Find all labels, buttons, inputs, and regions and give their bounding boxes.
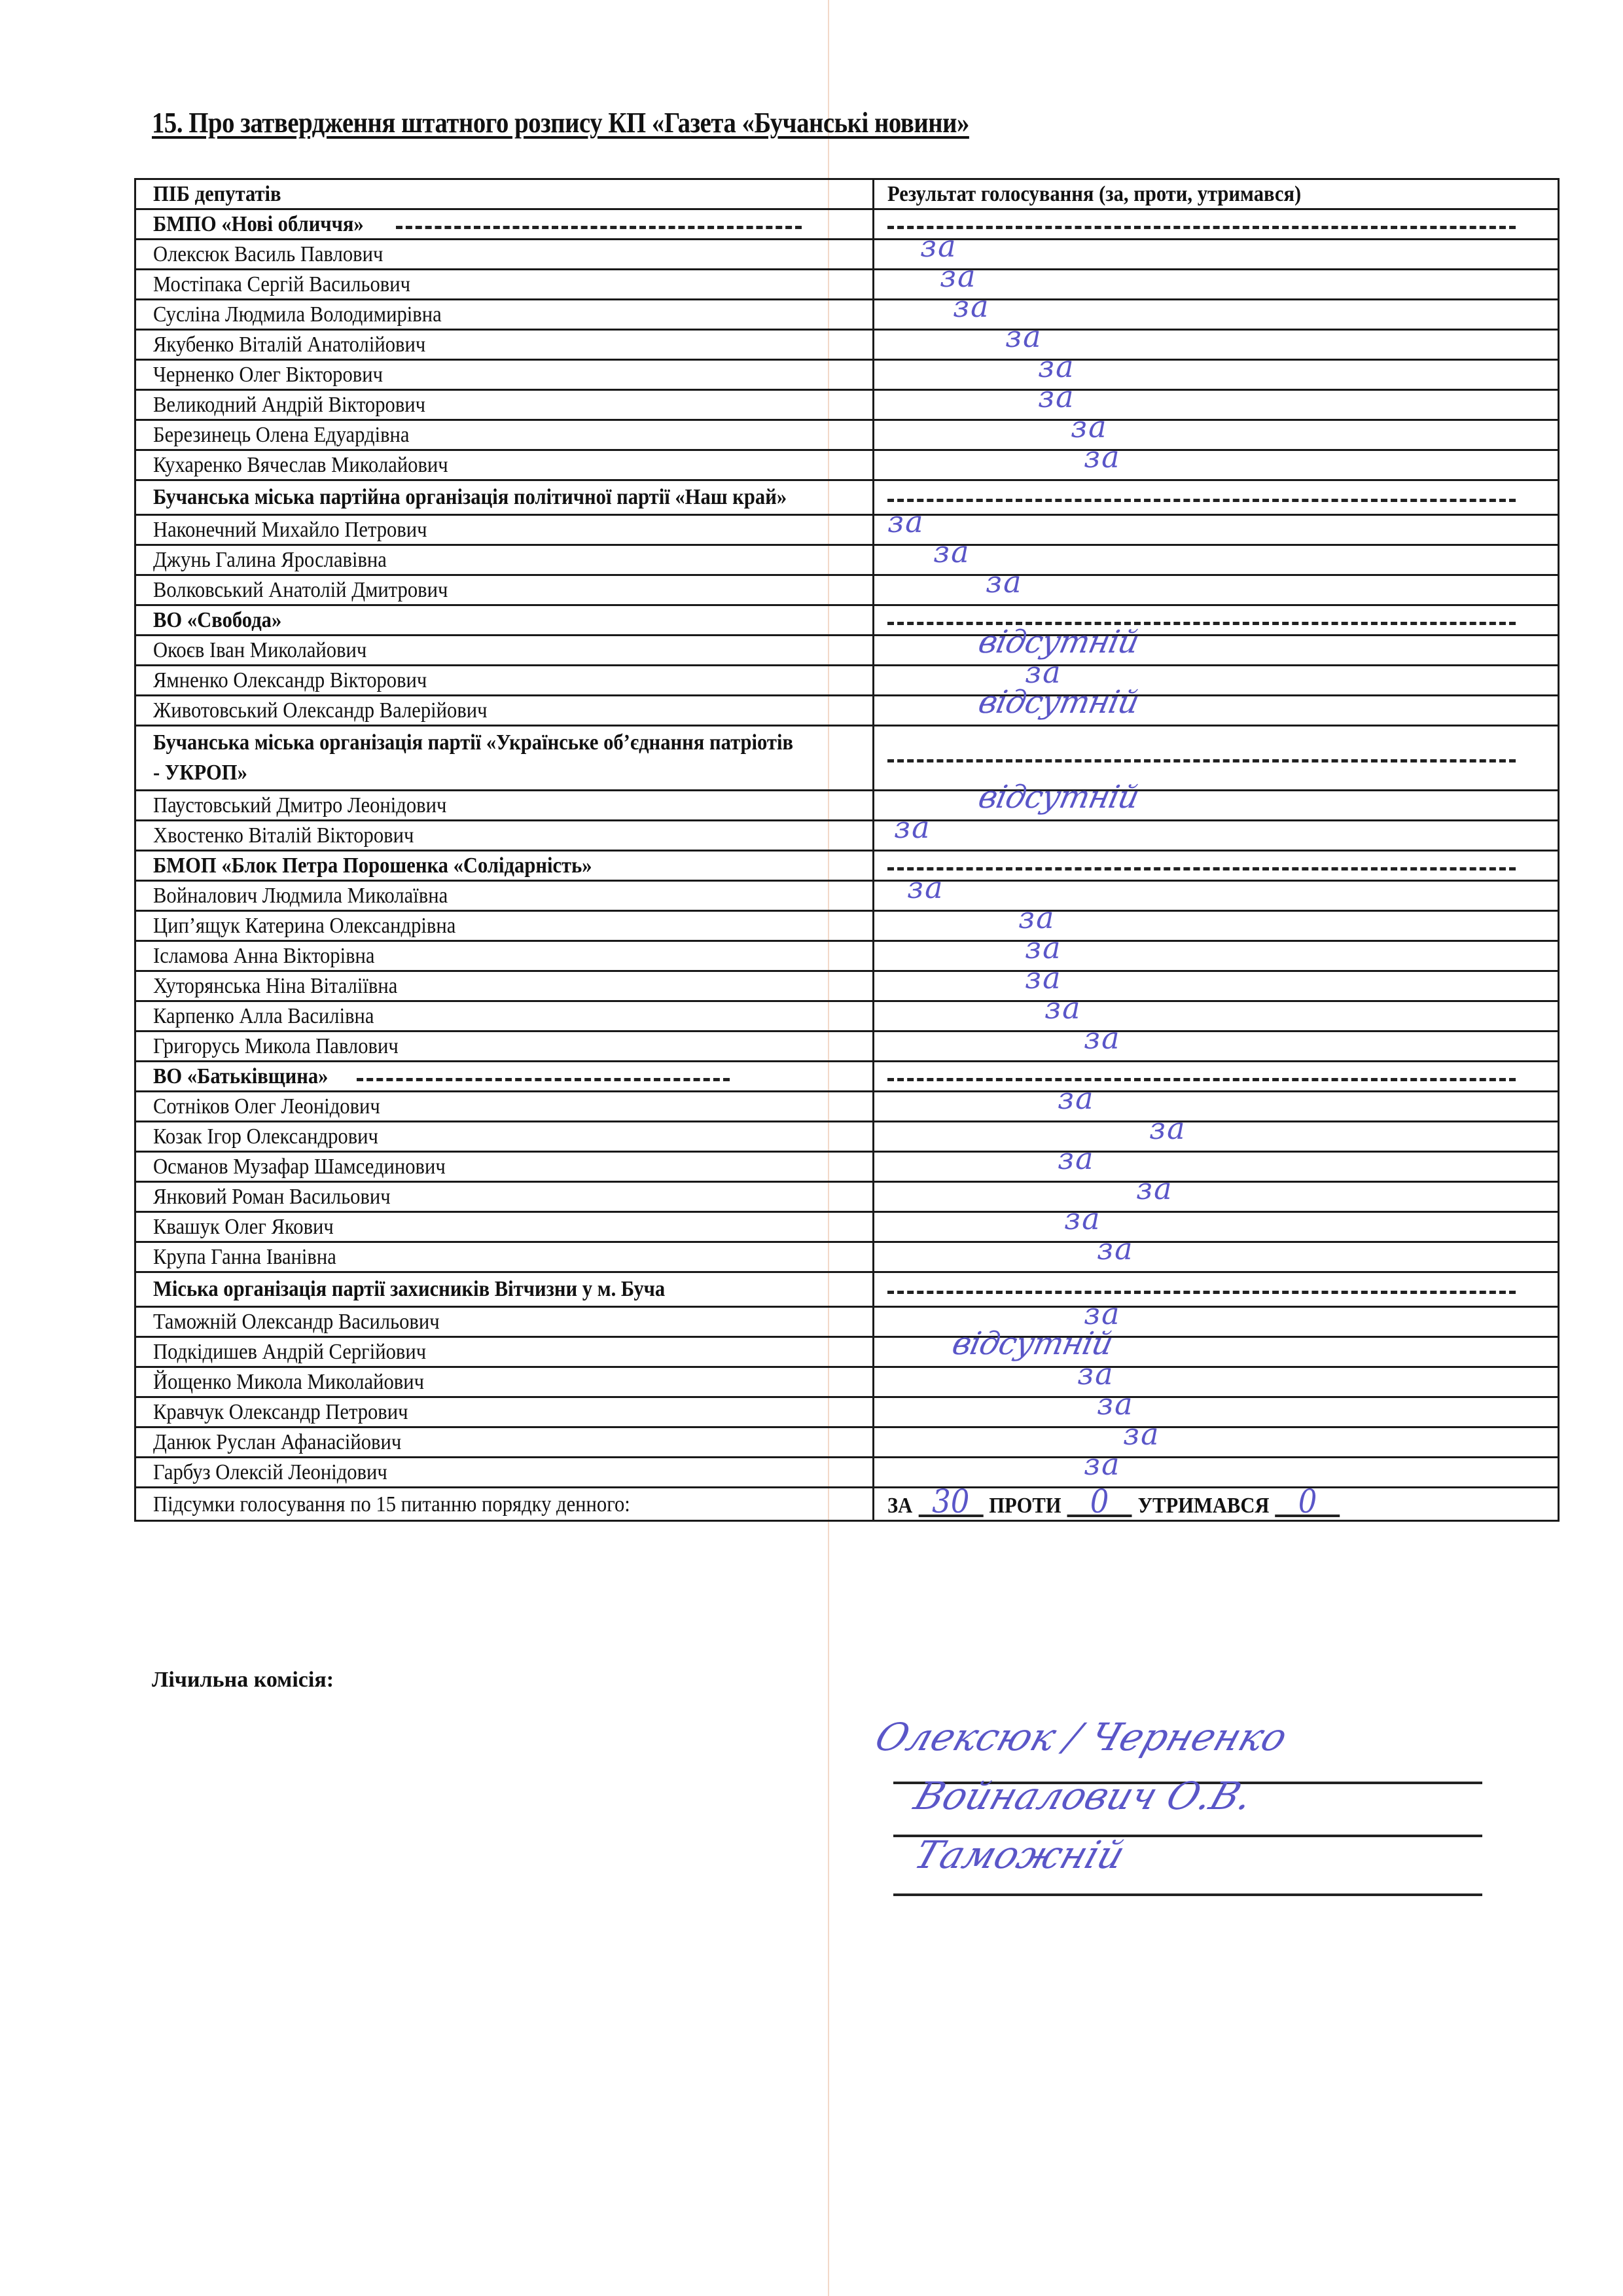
signature-1: Олексюк / Черненко (870, 1715, 1293, 1759)
deputy-row: Сотніков Олег Леонідовичза (135, 1092, 1559, 1122)
deputy-row: Паустовський Дмитро Леонідовичвідсутній (135, 791, 1559, 821)
handwritten-vote: за (1149, 1115, 1186, 1143)
deputy-row: Гарбуз Олексій Леонідовичза (135, 1458, 1559, 1488)
signature-2: Войналович О.В. (909, 1774, 1258, 1818)
header-vote: Результат голосування (за, проти, утрима… (874, 179, 1559, 209)
handwritten-vote: за (1058, 1145, 1095, 1173)
handwritten-vote: за (1084, 1300, 1121, 1328)
deputy-vote-cell: за (874, 575, 1559, 605)
party-name: БМОП «Блок Петра Порошенка «Солідарність… (135, 851, 874, 881)
deputy-row: Данюк Руслан Афанасійовичза (135, 1427, 1559, 1458)
deputy-row: Якубенко Віталій Анатолійовичза (135, 330, 1559, 360)
page-title: 15. Про затвердження штатного розпису КП… (152, 106, 969, 139)
handwritten-vote: за (933, 538, 971, 566)
deputy-name: Козак Ігор Олександрович (135, 1122, 874, 1152)
deputy-name: Ямненко Олександр Вікторович (135, 666, 874, 696)
deputy-row: Окоєв Іван Миколайовичвідсутній (135, 636, 1559, 666)
handwritten-vote: за (1136, 1175, 1173, 1203)
deputy-row: Олексюк Василь Павловичза (135, 240, 1559, 270)
deputy-row: Карпенко Алла Василівназа (135, 1001, 1559, 1031)
handwritten-vote: за (1018, 904, 1056, 932)
deputy-row: Подкідишев Андрій Сергійовичвідсутній (135, 1337, 1559, 1367)
deputy-row: Войналович Людмила Миколаївназа (135, 881, 1559, 911)
handwritten-vote: за (1077, 1360, 1115, 1388)
handwritten-vote: за (1058, 1085, 1095, 1113)
deputy-row: Таможній Олександр Васильовичза (135, 1307, 1559, 1337)
deputy-name: Животовський Олександр Валерійович (135, 696, 874, 726)
deputy-row: Джунь Галина Ярославівназа (135, 545, 1559, 575)
deputy-vote-cell: за (874, 971, 1559, 1001)
deputy-vote-cell: за (874, 1367, 1559, 1397)
deputy-row: Кухаренко Вячеслав Миколайовичза (135, 450, 1559, 480)
party-vote-filler (874, 605, 1559, 636)
deputy-name: Мостіпака Сергій Васильович (135, 270, 874, 300)
party-row: БМПО «Нові обличчя» (135, 209, 1559, 240)
deputy-vote-cell: за (874, 941, 1559, 971)
party-name: ВО «Свобода» (135, 605, 874, 636)
deputy-row: Волковський Анатолій Дмитровичза (135, 575, 1559, 605)
deputy-name: Ісламова Анна Вікторівна (135, 941, 874, 971)
deputy-vote-cell: за (874, 1458, 1559, 1488)
dash-filler (887, 757, 1516, 762)
deputy-vote-cell: за (874, 1212, 1559, 1242)
deputy-vote-cell: за (874, 1152, 1559, 1182)
party-vote-filler (874, 209, 1559, 240)
deputy-vote-cell: за (874, 330, 1559, 360)
deputy-vote-cell: відсутній (874, 696, 1559, 726)
party-row: ВО «Свобода» (135, 605, 1559, 636)
deputy-vote-cell: за (874, 1182, 1559, 1212)
handwritten-vote: за (1038, 353, 1075, 381)
party-name: Бучанська міська організація партії «Укр… (135, 726, 874, 791)
party-vote-filler (874, 1272, 1559, 1307)
deputy-vote-cell: за (874, 390, 1559, 420)
deputy-vote-cell: за (874, 1092, 1559, 1122)
deputy-name: Хвостенко Віталій Вікторович (135, 821, 874, 851)
deputy-vote-cell: за (874, 1397, 1559, 1427)
deputy-row: Цип’ящук Катерина Олександрівназа (135, 911, 1559, 941)
deputy-row: Наконечний Михайло Петровичза (135, 515, 1559, 545)
handwritten-vote: за (920, 232, 957, 260)
deputy-name: Черненко Олег Вікторович (135, 360, 874, 390)
handwritten-vote: за (1025, 934, 1062, 962)
party-vote-filler (874, 726, 1559, 791)
for-count: 30 (918, 1488, 983, 1517)
party-name: Міська організація партії захисників Віт… (135, 1272, 874, 1307)
deputy-row: Великодний Андрій Вікторовичза (135, 390, 1559, 420)
for-label: ЗА (887, 1494, 912, 1518)
deputy-vote-cell: за (874, 666, 1559, 696)
party-row: БМОП «Блок Петра Порошенка «Солідарність… (135, 851, 1559, 881)
handwritten-vote: за (907, 874, 944, 902)
deputy-vote-cell: за (874, 515, 1559, 545)
deputy-name: Цип’ящук Катерина Олександрівна (135, 911, 874, 941)
deputy-row: Животовський Олександр Валерійовичвідсут… (135, 696, 1559, 726)
handwritten-vote: за (1084, 443, 1121, 471)
party-row: Міська організація партії захисників Віт… (135, 1272, 1559, 1307)
deputy-name: Янковий Роман Васильович (135, 1182, 874, 1212)
deputy-vote-cell: за (874, 300, 1559, 330)
signature-line-3 (893, 1893, 1482, 1896)
deputy-name: Окоєв Іван Миколайович (135, 636, 874, 666)
deputy-name: Квашук Олег Якович (135, 1212, 874, 1242)
deputy-row: Григорусь Микола Павловичза (135, 1031, 1559, 1062)
deputy-name: Войналович Людмила Миколаївна (135, 881, 874, 911)
abstain-count: 0 (1275, 1488, 1340, 1517)
deputy-vote-cell: за (874, 881, 1559, 911)
abstain-label: УТРИМАВСЯ (1138, 1494, 1270, 1518)
deputy-row: Ямненко Олександр Вікторовичза (135, 666, 1559, 696)
party-name: ВО «Батьківщина» (135, 1062, 874, 1092)
signature-3: Таможній (909, 1833, 1130, 1877)
handwritten-vote: за (953, 293, 990, 321)
deputy-name: Карпенко Алла Василівна (135, 1001, 874, 1031)
handwritten-vote: за (887, 508, 925, 536)
handwritten-vote: відсутній (950, 1330, 1115, 1358)
party-name: Бучанська міська партійна організація по… (135, 480, 874, 515)
deputy-name: Березинець Олена Едуардівна (135, 420, 874, 450)
dash-filler (887, 496, 1516, 502)
handwritten-vote: за (1097, 1235, 1134, 1263)
handwritten-vote: за (1038, 383, 1075, 411)
handwritten-vote: відсутній (976, 628, 1141, 656)
deputy-name: Гарбуз Олексій Леонідович (135, 1458, 874, 1488)
deputy-vote-cell: за (874, 545, 1559, 575)
dash-filler (887, 619, 1516, 625)
header-name: ПІБ депутатів (135, 179, 874, 209)
handwritten-vote: за (1084, 1024, 1121, 1052)
deputy-vote-cell: за (874, 1122, 1559, 1152)
deputy-name: Таможній Олександр Васильович (135, 1307, 874, 1337)
deputy-vote-cell: за (874, 420, 1559, 450)
deputy-name: Наконечний Михайло Петрович (135, 515, 874, 545)
counting-commission-label: Лічильна комісія: (152, 1668, 334, 1693)
summary-row: Підсумки голосування по 15 питанню поряд… (135, 1488, 1559, 1521)
handwritten-vote: за (1123, 1420, 1160, 1448)
deputy-vote-cell: за (874, 821, 1559, 851)
against-label: ПРОТИ (989, 1494, 1061, 1518)
dash-filler (396, 223, 802, 229)
dash-filler (357, 1075, 730, 1081)
deputy-name: Олексюк Василь Павлович (135, 240, 874, 270)
party-vote-filler (874, 1062, 1559, 1092)
deputy-vote-cell: за (874, 1031, 1559, 1062)
deputy-name: Данюк Руслан Афанасійович (135, 1427, 874, 1458)
dash-filler (887, 1075, 1516, 1081)
handwritten-vote: за (894, 814, 931, 842)
deputy-name: Якубенко Віталій Анатолійович (135, 330, 874, 360)
summary-label: Підсумки голосування по 15 питанню поряд… (135, 1488, 874, 1521)
deputy-name: Хуторянська Ніна Віталіївна (135, 971, 874, 1001)
deputy-vote-cell: за (874, 1001, 1559, 1031)
deputy-row: Янковий Роман Васильовичза (135, 1182, 1559, 1212)
handwritten-vote: за (1084, 1450, 1121, 1479)
handwritten-vote: за (1044, 994, 1082, 1022)
deputy-row: Сусліна Людмила Володимирівназа (135, 300, 1559, 330)
deputy-vote-cell: відсутній (874, 636, 1559, 666)
deputy-vote-cell: відсутній (874, 1337, 1559, 1367)
deputy-name: Крупа Ганна Іванівна (135, 1242, 874, 1272)
handwritten-vote: за (940, 262, 977, 291)
deputy-row: Хуторянська Ніна Віталіївназа (135, 971, 1559, 1001)
deputy-row: Кравчук Олександр Петровичза (135, 1397, 1559, 1427)
dash-filler (887, 223, 1516, 229)
handwritten-vote: за (986, 568, 1023, 596)
party-row: ВО «Батьківщина» (135, 1062, 1559, 1092)
table-header-row: ПІБ депутатів Результат голосування (за,… (135, 179, 1559, 209)
deputy-vote-cell: за (874, 360, 1559, 390)
deputy-vote-cell: за (874, 1427, 1559, 1458)
deputy-vote-cell: відсутній (874, 791, 1559, 821)
deputy-name: Сусліна Людмила Володимирівна (135, 300, 874, 330)
handwritten-vote: відсутній (976, 783, 1141, 812)
deputy-row: Черненко Олег Вікторовичза (135, 360, 1559, 390)
deputy-name: Кухаренко Вячеслав Миколайович (135, 450, 874, 480)
party-vote-filler (874, 851, 1559, 881)
deputy-row: Хвостенко Віталій Вікторовичза (135, 821, 1559, 851)
deputy-name: Кравчук Олександр Петрович (135, 1397, 874, 1427)
deputy-row: Ісламова Анна Вікторівназа (135, 941, 1559, 971)
handwritten-vote: за (1025, 658, 1062, 687)
deputy-row: Квашук Олег Яковичза (135, 1212, 1559, 1242)
deputy-name: Волковський Анатолій Дмитрович (135, 575, 874, 605)
deputy-name: Йощенко Микола Миколайович (135, 1367, 874, 1397)
handwritten-vote: за (1097, 1390, 1134, 1418)
deputy-row: Березинець Олена Едуардівназа (135, 420, 1559, 450)
deputy-name: Григорусь Микола Павлович (135, 1031, 874, 1062)
deputy-name: Паустовський Дмитро Леонідович (135, 791, 874, 821)
deputy-name: Подкідишев Андрій Сергійович (135, 1337, 874, 1367)
deputy-vote-cell: за (874, 1242, 1559, 1272)
deputy-row: Османов Музафар Шамсединовичза (135, 1152, 1559, 1182)
summary-totals: ЗА30ПРОТИ0УТРИМАВСЯ0 (874, 1488, 1559, 1521)
deputy-name: Османов Музафар Шамсединович (135, 1152, 874, 1182)
deputy-vote-cell: за (874, 450, 1559, 480)
handwritten-vote: за (1005, 323, 1043, 351)
dash-filler (887, 865, 1516, 870)
deputy-name: Великодний Андрій Вікторович (135, 390, 874, 420)
handwritten-vote: за (1071, 413, 1108, 441)
party-row: Бучанська міська партійна організація по… (135, 480, 1559, 515)
handwritten-vote: за (1025, 964, 1062, 992)
against-count: 0 (1067, 1488, 1132, 1517)
handwritten-vote: відсутній (976, 689, 1141, 717)
party-name: БМПО «Нові обличчя» (135, 209, 874, 240)
party-row: Бучанська міська організація партії «Укр… (135, 726, 1559, 791)
deputy-row: Козак Ігор Олександровичза (135, 1122, 1559, 1152)
deputy-row: Мостіпака Сергій Васильовичза (135, 270, 1559, 300)
handwritten-vote: за (1064, 1205, 1101, 1233)
deputy-name: Джунь Галина Ярославівна (135, 545, 874, 575)
dash-filler (887, 1288, 1516, 1294)
deputy-vote-cell: за (874, 911, 1559, 941)
deputy-name: Сотніков Олег Леонідович (135, 1092, 874, 1122)
deputy-row: Йощенко Микола Миколайовичза (135, 1367, 1559, 1397)
voting-table: ПІБ депутатів Результат голосування (за,… (134, 178, 1560, 1522)
deputy-row: Крупа Ганна Іванівназа (135, 1242, 1559, 1272)
party-vote-filler (874, 480, 1559, 515)
